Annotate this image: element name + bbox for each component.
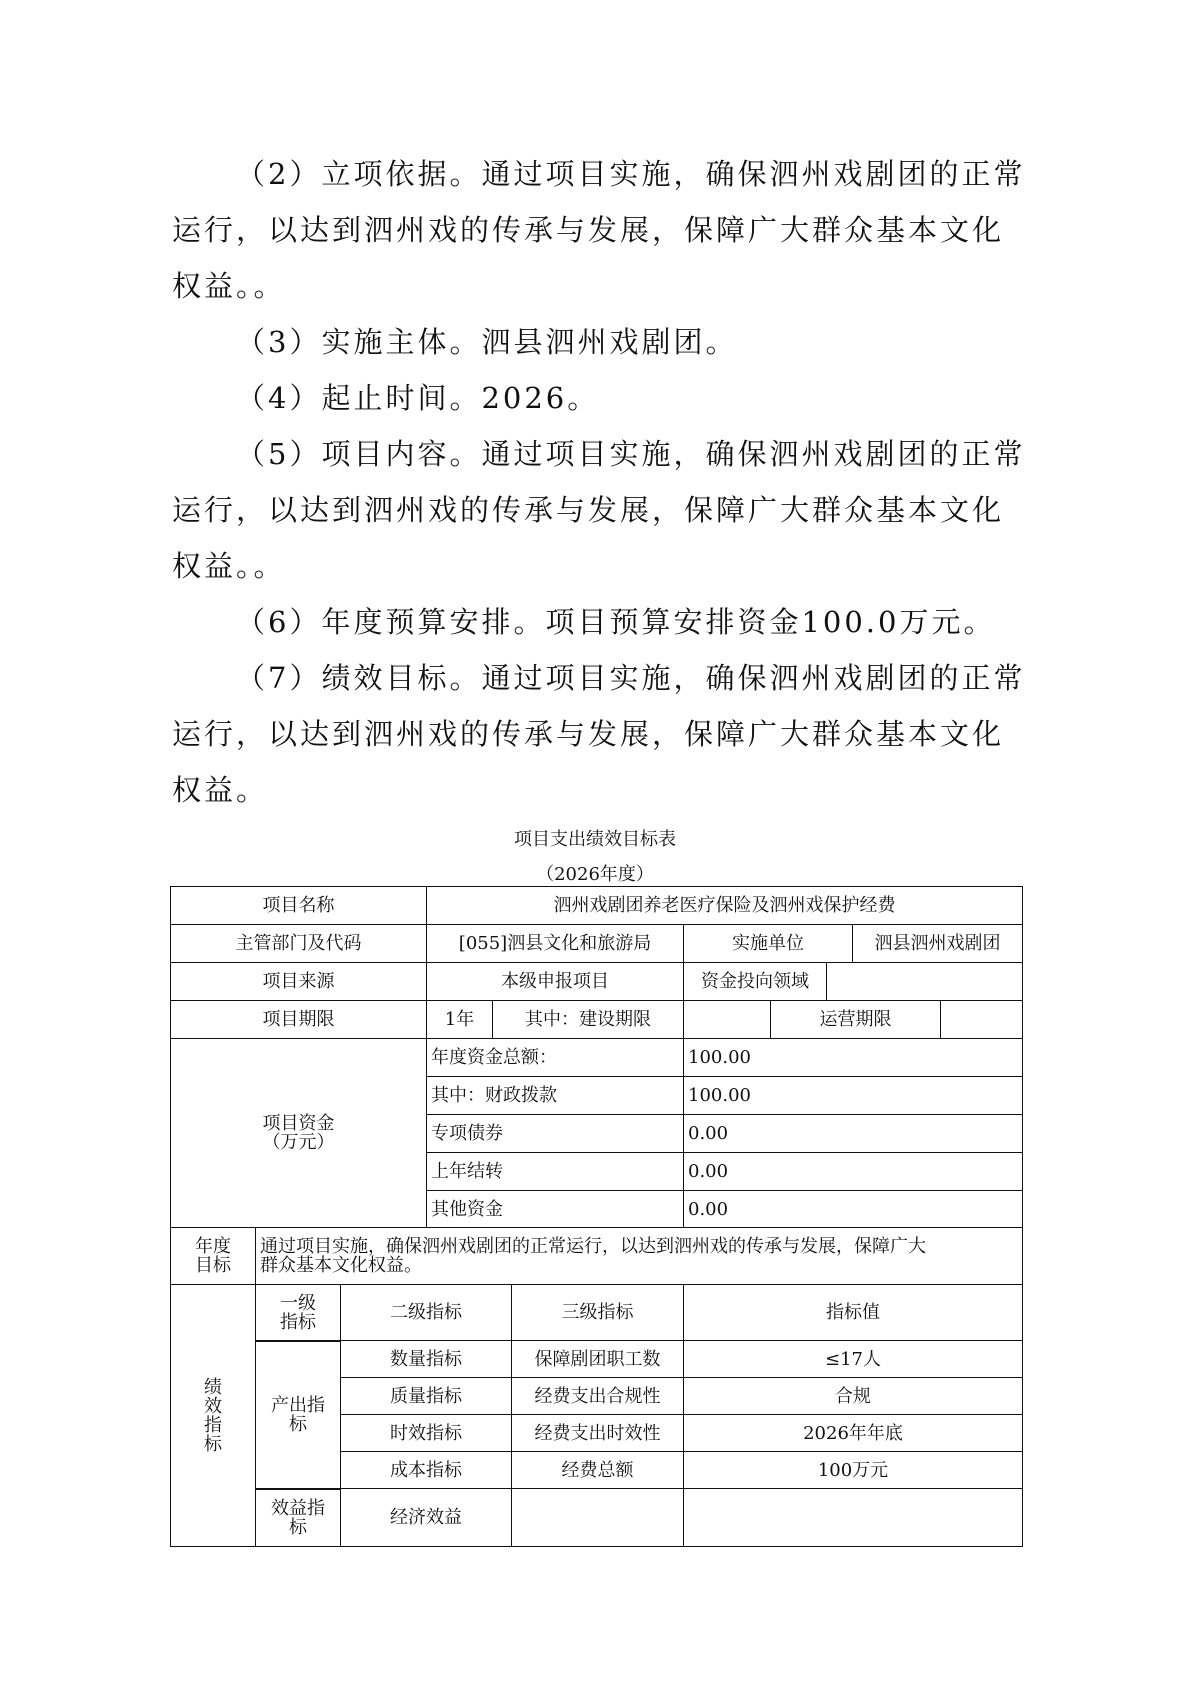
funds-row-label: 年度资金总额： [426, 1038, 684, 1077]
paragraph-line: （4）起止时间。2026。 [172, 370, 1028, 426]
paragraph-line: 权益。。 [172, 258, 1028, 314]
paragraph-basis: （2）立项依据。通过项目实施，确保泗州戏剧团的正常 运行，以达到泗州戏的传承与发… [172, 146, 1028, 314]
paragraph-line: （2）立项依据。通过项目实施，确保泗州戏剧团的正常 [172, 146, 1028, 202]
funds-row-value: 0.00 [683, 1190, 1023, 1228]
funds-row-label: 专项债券 [426, 1114, 684, 1153]
annual-goal-label-line2: 目标 [195, 1256, 231, 1275]
funds-label: 项目资金 （万元） [170, 1038, 427, 1228]
output-value: 100万元 [683, 1451, 1023, 1489]
direction-value [826, 962, 1023, 1001]
paragraph-line: 运行，以达到泗州戏的传承与发展，保障广大群众基本文化 [172, 706, 1028, 762]
period-value: 1年 [426, 1000, 493, 1039]
output-level3: 经费支出时效性 [511, 1414, 684, 1452]
output-value: 合规 [683, 1377, 1023, 1415]
ops-period-value [940, 1000, 1023, 1039]
header-level1: 一级 指标 [255, 1284, 341, 1341]
paragraph-content: （5）项目内容。通过项目实施，确保泗州戏剧团的正常 运行，以达到泗州戏的传承与发… [172, 426, 1028, 594]
benefit-level2: 经济效益 [340, 1488, 512, 1547]
output-level2: 数量指标 [340, 1340, 512, 1378]
paragraph-period: （4）起止时间。2026。 [172, 370, 1028, 426]
benefit-group: 效益指 标 [255, 1488, 341, 1547]
source-label: 项目来源 [170, 962, 427, 1001]
benefit-value [683, 1488, 1023, 1547]
dept-label: 主管部门及代码 [170, 924, 427, 963]
paragraph-line: 运行，以达到泗州戏的传承与发展，保障广大群众基本文化 [172, 482, 1028, 538]
output-level3: 经费支出合规性 [511, 1377, 684, 1415]
output-level2: 时效指标 [340, 1414, 512, 1452]
paragraph-implementer: （3）实施主体。泗县泗州戏剧团。 [172, 314, 1028, 370]
perf-label-char: 标 [204, 1435, 222, 1454]
project-name-label: 项目名称 [170, 886, 427, 925]
output-value: 2026年年底 [683, 1414, 1023, 1452]
header-level2: 二级指标 [340, 1284, 512, 1341]
output-level2: 成本指标 [340, 1451, 512, 1489]
header-level3: 三级指标 [511, 1284, 684, 1341]
funds-label-line1: 项目资金 [263, 1114, 335, 1133]
table-subtitle: （2026年度） [0, 860, 1190, 886]
output-level3: 保障剧团职工数 [511, 1340, 684, 1378]
paragraph-line: 运行，以达到泗州戏的传承与发展，保障广大群众基本文化 [172, 202, 1028, 258]
benefit-group-line2: 标 [289, 1518, 307, 1537]
funds-row-value: 0.00 [683, 1152, 1023, 1191]
output-value: ≤17人 [683, 1340, 1023, 1378]
perf-label-char: 效 [204, 1397, 222, 1416]
annual-goal-label-line1: 年度 [195, 1237, 231, 1256]
table-title: 项目支出绩效目标表 [0, 825, 1190, 851]
paragraph-line: （5）项目内容。通过项目实施，确保泗州戏剧团的正常 [172, 426, 1028, 482]
paragraph-line: 权益。。 [172, 538, 1028, 594]
ops-period-label: 运营期限 [770, 1000, 941, 1039]
annual-goal-text: 通过项目实施，确保泗州戏剧团的正常运行，以达到泗州戏的传承与发展，保障广大 群众… [255, 1227, 1023, 1285]
benefit-group-line1: 效益指 [271, 1499, 325, 1518]
build-period-value [683, 1000, 771, 1039]
impl-unit-label: 实施单位 [683, 924, 853, 963]
paragraph-line: （7）绩效目标。通过项目实施，确保泗州戏剧团的正常 [172, 650, 1028, 706]
output-level2: 质量指标 [340, 1377, 512, 1415]
source-value: 本级申报项目 [426, 962, 684, 1001]
funds-row-label: 其中：财政拨款 [426, 1076, 684, 1115]
funds-label-line2: （万元） [263, 1133, 335, 1152]
direction-label: 资金投向领域 [683, 962, 827, 1001]
perf-label-char: 绩 [204, 1378, 222, 1397]
benefit-level3 [511, 1488, 684, 1547]
output-group: 产出指 标 [255, 1340, 341, 1489]
paragraph-line: 权益。 [172, 762, 1028, 818]
header-level1-line1: 一级 [280, 1294, 316, 1313]
funds-row-value: 100.00 [683, 1038, 1023, 1077]
paragraph-budget: （6）年度预算安排。项目预算安排资金100.0万元。 [172, 594, 1028, 650]
project-name-value: 泗州戏剧团养老医疗保险及泗州戏保护经费 [426, 886, 1023, 925]
perf-label-char: 指 [204, 1416, 222, 1435]
funds-row-label: 上年结转 [426, 1152, 684, 1191]
paragraph-line: （6）年度预算安排。项目预算安排资金100.0万元。 [172, 594, 1028, 650]
paragraph-line: （3）实施主体。泗县泗州戏剧团。 [172, 314, 1028, 370]
annual-goal-line2: 群众基本文化权益。 [260, 1256, 422, 1275]
funds-row-label: 其他资金 [426, 1190, 684, 1228]
period-label: 项目期限 [170, 1000, 427, 1039]
output-group-line2: 标 [289, 1415, 307, 1434]
annual-goal-label: 年度 目标 [170, 1227, 256, 1285]
annual-goal-line1: 通过项目实施，确保泗州戏剧团的正常运行，以达到泗州戏的传承与发展，保障广大 [260, 1237, 926, 1256]
build-period-label: 其中：建设期限 [492, 1000, 684, 1039]
dept-value: [055]泗县文化和旅游局 [426, 924, 684, 963]
funds-row-value: 100.00 [683, 1076, 1023, 1115]
output-group-line1: 产出指 [271, 1396, 325, 1415]
perf-label: 绩 效 指 标 [170, 1284, 256, 1547]
funds-row-value: 0.00 [683, 1114, 1023, 1153]
header-value: 指标值 [683, 1284, 1023, 1341]
output-level3: 经费总额 [511, 1451, 684, 1489]
header-level1-line2: 指标 [280, 1313, 316, 1332]
paragraph-goals: （7）绩效目标。通过项目实施，确保泗州戏剧团的正常 运行，以达到泗州戏的传承与发… [172, 650, 1028, 818]
impl-unit-value: 泗县泗州戏剧团 [852, 924, 1023, 963]
